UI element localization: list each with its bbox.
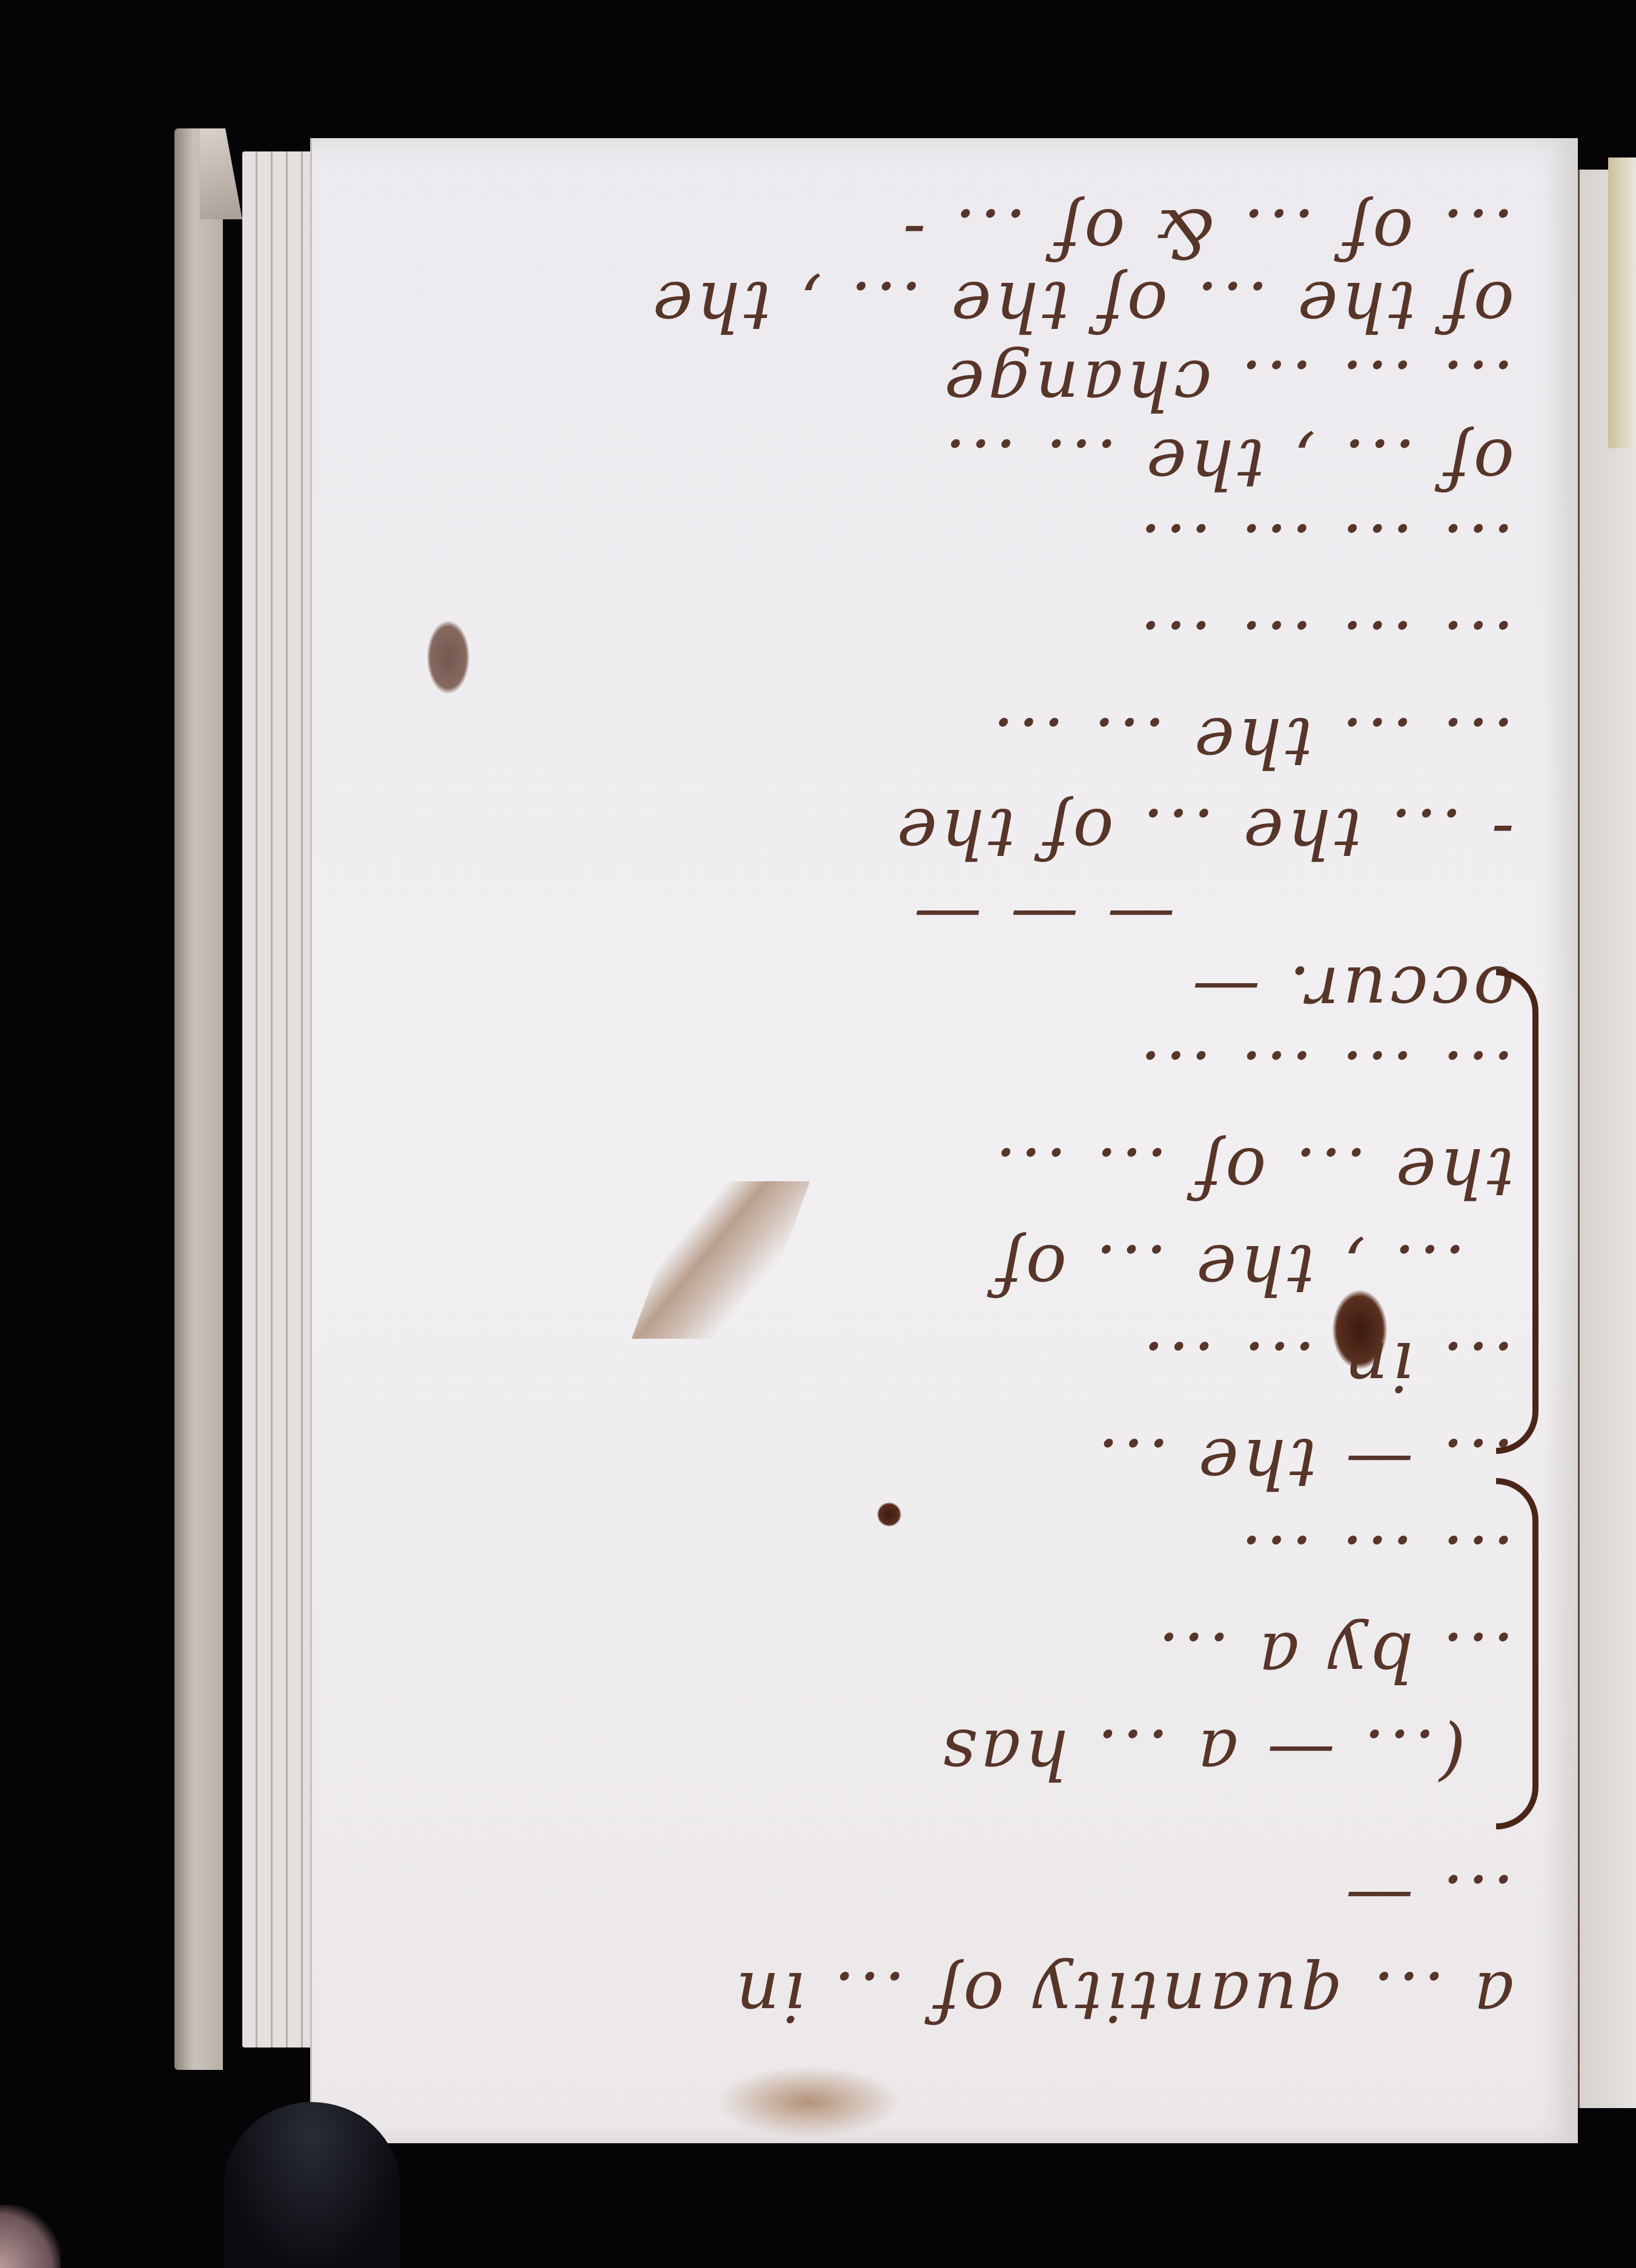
- handwritten-line: ... —: [1342, 1860, 1514, 1938]
- handwritten-line: ... ... ... ...: [1136, 606, 1514, 685]
- ink-blot: [427, 621, 469, 694]
- handwritten-line: ... by a ...: [1154, 1617, 1514, 1696]
- ink-blot: [1333, 1290, 1387, 1369]
- handwritten-line: ... ... the ... ...: [989, 703, 1514, 781]
- left-bracket-lower: [1496, 1478, 1538, 1829]
- handwritten-line: of the ... of the ... , the: [649, 267, 1514, 345]
- handwritten-line: ... in ... ...: [1139, 1327, 1514, 1405]
- handwritten-line: ... — the ...: [1094, 1424, 1514, 1502]
- facing-page-edge: [1578, 170, 1636, 2108]
- handwritten-line: ... ... ... ...: [1136, 1036, 1514, 1115]
- handwritten-line: ... ... ... ...: [1136, 509, 1514, 588]
- torn-page-strip: [1608, 157, 1636, 448]
- cover-fold: [200, 128, 242, 219]
- ink-blot: [877, 1502, 901, 1527]
- handwritten-line: occur. —: [1189, 951, 1514, 1030]
- handwritten-line: ... ... ... change: [941, 345, 1514, 424]
- left-bracket-upper: [1496, 969, 1538, 1454]
- handwritten-line: a ... quantity of ... in: [732, 1957, 1514, 2035]
- handwritten-line: ... of ... & of ... -: [899, 194, 1514, 273]
- page-stack-edges: [242, 151, 315, 2047]
- handwritten-line: of ... , the ... ...: [941, 424, 1514, 503]
- book-cover-edge: [174, 128, 223, 2070]
- handwritten-line: (... — a ... has: [938, 1714, 1466, 1793]
- handwritten-text-block: a ... quantity of ... in ... — (... — a …: [339, 230, 1538, 2060]
- water-stain: [715, 2066, 902, 2138]
- handwritten-line: the ... of ... ...: [992, 1133, 1514, 1212]
- handwritten-line: ... ... ...: [1237, 1520, 1514, 1599]
- gloved-thumb: [224, 2102, 400, 2268]
- handwritten-line: — — —: [910, 878, 1175, 957]
- handwritten-line: ... , the ... of: [993, 1230, 1466, 1308]
- handwritten-line: - ... the ... of the: [893, 794, 1514, 872]
- hand-edge: [0, 2205, 61, 2268]
